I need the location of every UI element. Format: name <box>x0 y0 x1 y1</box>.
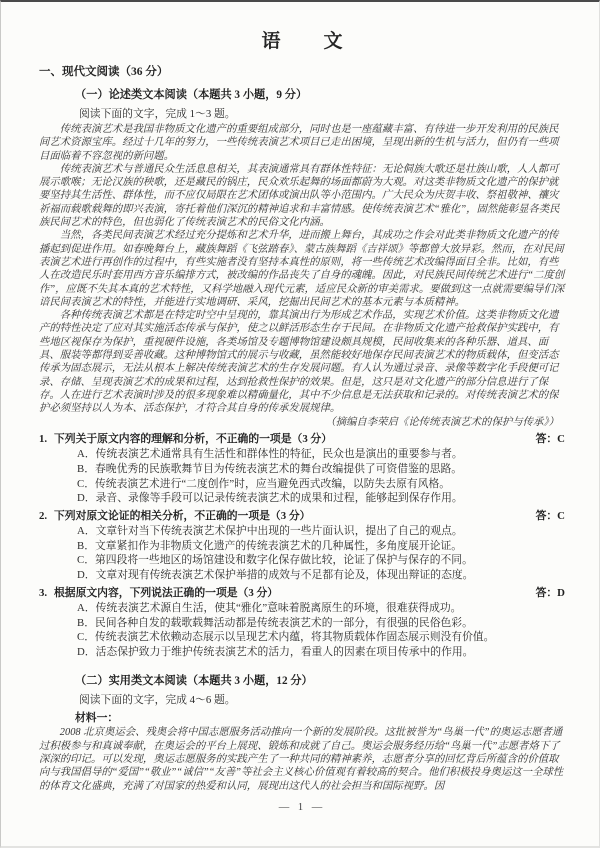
passage-paragraph: 各种传统表演艺术都是在特定时空中呈现的，靠其演出行为形成艺术作品，实现艺术价值。… <box>39 309 565 415</box>
section-heading-modern-reading: 一、现代文阅读（36 分） <box>39 63 565 79</box>
part2-section: （二）实用类文本阅读（本题共 3 小题，12 分） 阅读下面的文字，完成 4～6… <box>39 672 565 792</box>
material-1-passage: 2008 北京奥运会、残奥会将中国志愿服务活动推向一个新的发展阶段。这批被誉为“… <box>39 726 565 792</box>
exam-paper-page: 语 文 一、现代文阅读（36 分） （一）论述类文本阅读（本题共 3 小题，9 … <box>0 0 600 848</box>
question-3-option-d: D．活态保护致力于维护传统表演艺术的活力，看重人的因素在项目传承中的作用。 <box>39 645 565 660</box>
question-1: 1. 下列关于原文内容的理解和分析，不正确的一项是（3 分） 答：C A．传统表… <box>39 432 565 506</box>
question-1-header: 1. 下列关于原文内容的理解和分析，不正确的一项是（3 分） 答：C <box>39 432 565 448</box>
question-number: 1. <box>39 432 54 448</box>
question-answer: 答：C <box>528 432 565 448</box>
material-1-label: 材料一： <box>75 710 565 725</box>
question-answer: 答：D <box>528 586 565 602</box>
part1-passage: 传统表演艺术是我国非物质文化遗产的重要组成部分，同时也是一座蕴藏丰富、有待进一步… <box>39 123 565 429</box>
passage-paragraph: 传统表演艺术是我国非物质文化遗产的重要组成部分，同时也是一座蕴藏丰富、有待进一步… <box>39 123 565 163</box>
part1-instruction: 阅读下面的文字，完成 1～3 题。 <box>79 106 565 121</box>
question-3: 3. 根据原文内容，下列说法正确的一项是（3 分） 答：D A．传统表演艺术源自… <box>39 586 565 660</box>
question-stem: 根据原文内容，下列说法正确的一项是（3 分） <box>54 586 528 602</box>
question-stem: 下列关于原文内容的理解和分析，不正确的一项是（3 分） <box>54 432 528 448</box>
page-title: 语 文 <box>39 26 565 53</box>
question-1-option-b: B．春晚优秀的民族歌舞节目为传统表演艺术的舞台改编提供了可资借鉴的思路。 <box>39 462 565 477</box>
part1-heading: （一）论述类文本阅读（本题共 3 小题，9 分） <box>75 86 565 102</box>
material-paragraph: 2008 北京奥运会、残奥会将中国志愿服务活动推向一个新的发展阶段。这批被誉为“… <box>39 726 565 792</box>
passage-paragraph: 传统表演艺术与普通民众生活息息相关，其表演通常具有群体性特征：无论侗族大歌还是壮… <box>39 163 565 229</box>
passage-paragraph: 当然，各类民间表演艺术经过充分提炼和艺术升华，进而搬上舞台，其成功之作会对此类非… <box>39 229 565 309</box>
question-2-header: 2. 下列对原文论证的相关分析，不正确的一项是（3 分） 答：C <box>39 509 565 525</box>
question-2-option-d: D．文章对现有传统表演艺术保护举措的成效与不足都有论及，体现出辩证的态度。 <box>39 568 565 583</box>
question-2: 2. 下列对原文论证的相关分析，不正确的一项是（3 分） 答：C A．文章针对当… <box>39 509 565 583</box>
part2-heading: （二）实用类文本阅读（本题共 3 小题，12 分） <box>75 672 565 688</box>
question-2-option-c: C．第四段将一些地区的场馆建设和数字化保存做比较，论证了保护与保存的不同。 <box>39 553 565 568</box>
question-3-option-c: C．传统表演艺术依赖动态展示以呈现艺术内蕴，将其物质载体作固态展示则没有价值。 <box>39 630 565 645</box>
question-number: 2. <box>39 509 54 525</box>
question-1-option-a: A．传统表演艺术通常具有生活性和群体性的特征，民众也是演出的重要参与者。 <box>39 447 565 462</box>
question-number: 3. <box>39 586 54 602</box>
page-number: — 1 — <box>39 802 565 813</box>
question-1-option-c: C．传统表演艺术进行“二度创作”时，应当避免西式改编，以防失去原有风格。 <box>39 477 565 492</box>
question-3-header: 3. 根据原文内容，下列说法正确的一项是（3 分） 答：D <box>39 586 565 602</box>
part2-instruction: 阅读下面的文字，完成 4～6 题。 <box>79 692 565 707</box>
question-answer: 答：C <box>528 509 565 525</box>
question-1-option-d: D．录音、录像等手段可以记录传统表演艺术的成果和过程，能够起到保存作用。 <box>39 491 565 506</box>
question-2-option-a: A．文章针对当下传统表演艺术保护中出现的一些片面认识，提出了自己的观点。 <box>39 524 565 539</box>
passage-attribution: （摘编自李荣启《论传统表演艺术的保护与传承》） <box>39 416 565 429</box>
question-3-option-b: B．民间各种自发的载歌载舞活动都是传统表演艺术的一部分，有很强的民俗色彩。 <box>39 616 565 631</box>
question-3-option-a: A．传统表演艺术源自生活，使其“雅化”意味着脱离原生的环境，很难获得成功。 <box>39 601 565 616</box>
question-2-option-b: B．文章紧扣作为非物质文化遗产的传统表演艺术的几种属性，多角度展开论证。 <box>39 539 565 554</box>
question-stem: 下列对原文论证的相关分析，不正确的一项是（3 分） <box>54 509 528 525</box>
